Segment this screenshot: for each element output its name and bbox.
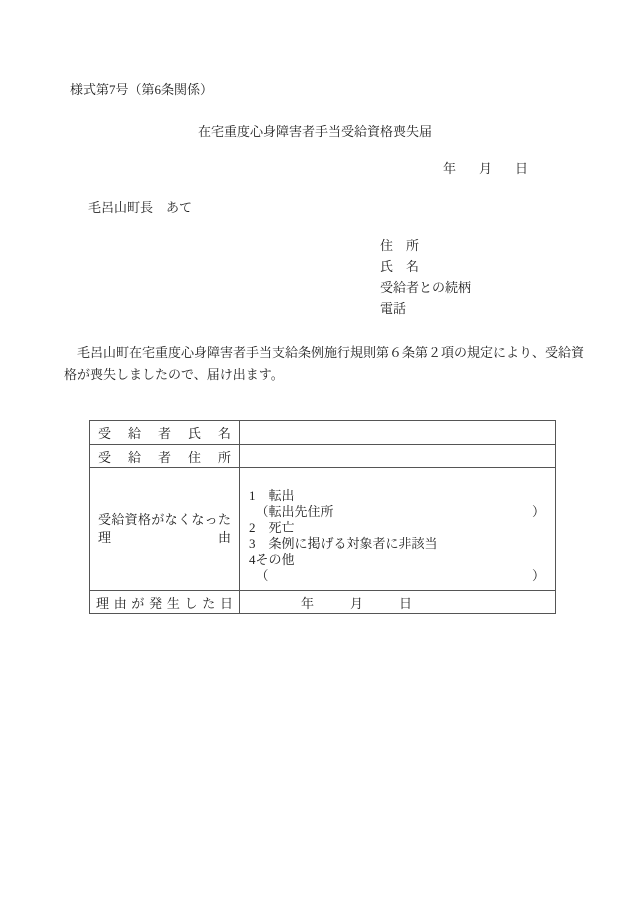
loss-reason-row: 受給資格がなくなった 理 由 1 転出 （転出先住所 ） 2 死亡 3 条例に掲… [90,468,556,591]
reason-option-4-open-paren: （ [249,568,269,584]
applicant-address-label: 住 所 [380,235,471,256]
loss-reason-options: 1 転出 （転出先住所 ） 2 死亡 3 条例に掲げる対象者に非該当 4その他 … [240,468,556,591]
issue-date-day-label: 日 [515,158,528,177]
reason-option-3-not-applicable: 3 条例に掲げる対象者に非該当 [249,536,545,552]
loss-reason-label-ri: 理 [98,529,111,547]
issue-date-month-label: 月 [479,158,492,177]
recipient-name-row: 受給者氏名 [90,421,556,445]
reason-date-month-label: 月 [350,593,363,612]
recipient-name-value [240,421,556,445]
loss-reason-label-line1: 受給資格がなくなった [98,511,231,529]
reason-date-label: 理由が発生した日 [90,591,240,614]
reason-option-4-detail: （ ） [249,568,545,584]
reason-option-1-moveout: 1 転出 [249,488,545,504]
addressee-line: 毛呂山町長 あて [88,197,192,216]
applicant-phone-label: 電話 [380,298,471,319]
reason-date-value: 年 月 日 [240,591,556,614]
reason-option-1-address-close-paren: ） [532,504,545,520]
reason-option-1-address: （転出先住所 ） [249,504,545,520]
reason-date-year-label: 年 [301,593,314,612]
loss-reason-label-line2: 理 由 [98,529,231,547]
loss-notification-table: 受給者氏名 受給者住所 受給資格がなくなった 理 由 1 転出 [89,420,556,614]
reason-date-day-label: 日 [399,593,412,612]
document-page: 様式第7号（第6条関係） 在宅重度心身障害者手当受給資格喪失届 年 月 日 毛呂… [0,0,630,903]
applicant-relationship-label: 受給者との続柄 [380,277,471,298]
declaration-paragraph: 毛呂山町在宅重度心身障害者手当支給条例施行規則第６条第２項の規定により、受給資格… [64,342,587,386]
reason-date-fields: 年 月 日 [241,593,554,612]
loss-reason-label-yuu: 由 [218,529,231,547]
issue-date-year-label: 年 [443,158,456,177]
document-title: 在宅重度心身障害者手当受給資格喪失届 [0,121,630,140]
reason-option-4-close-paren: ） [532,568,545,584]
recipient-address-row: 受給者住所 [90,445,556,468]
applicant-info-block: 住 所 氏 名 受給者との続柄 電話 [380,235,471,319]
reason-option-4-other: 4その他 [249,552,545,568]
issue-date-line: 年 月 日 [443,158,528,177]
reason-date-row: 理由が発生した日 年 月 日 [90,591,556,614]
recipient-name-label: 受給者氏名 [90,421,240,445]
loss-reason-label: 受給資格がなくなった 理 由 [90,468,240,591]
recipient-address-label: 受給者住所 [90,445,240,468]
reason-option-2-death: 2 死亡 [249,520,545,536]
reason-option-1-address-open-paren: （転出先住所 [249,504,334,520]
recipient-address-value [240,445,556,468]
form-number: 様式第7号（第6条関係） [70,79,213,98]
applicant-name-label: 氏 名 [380,256,471,277]
